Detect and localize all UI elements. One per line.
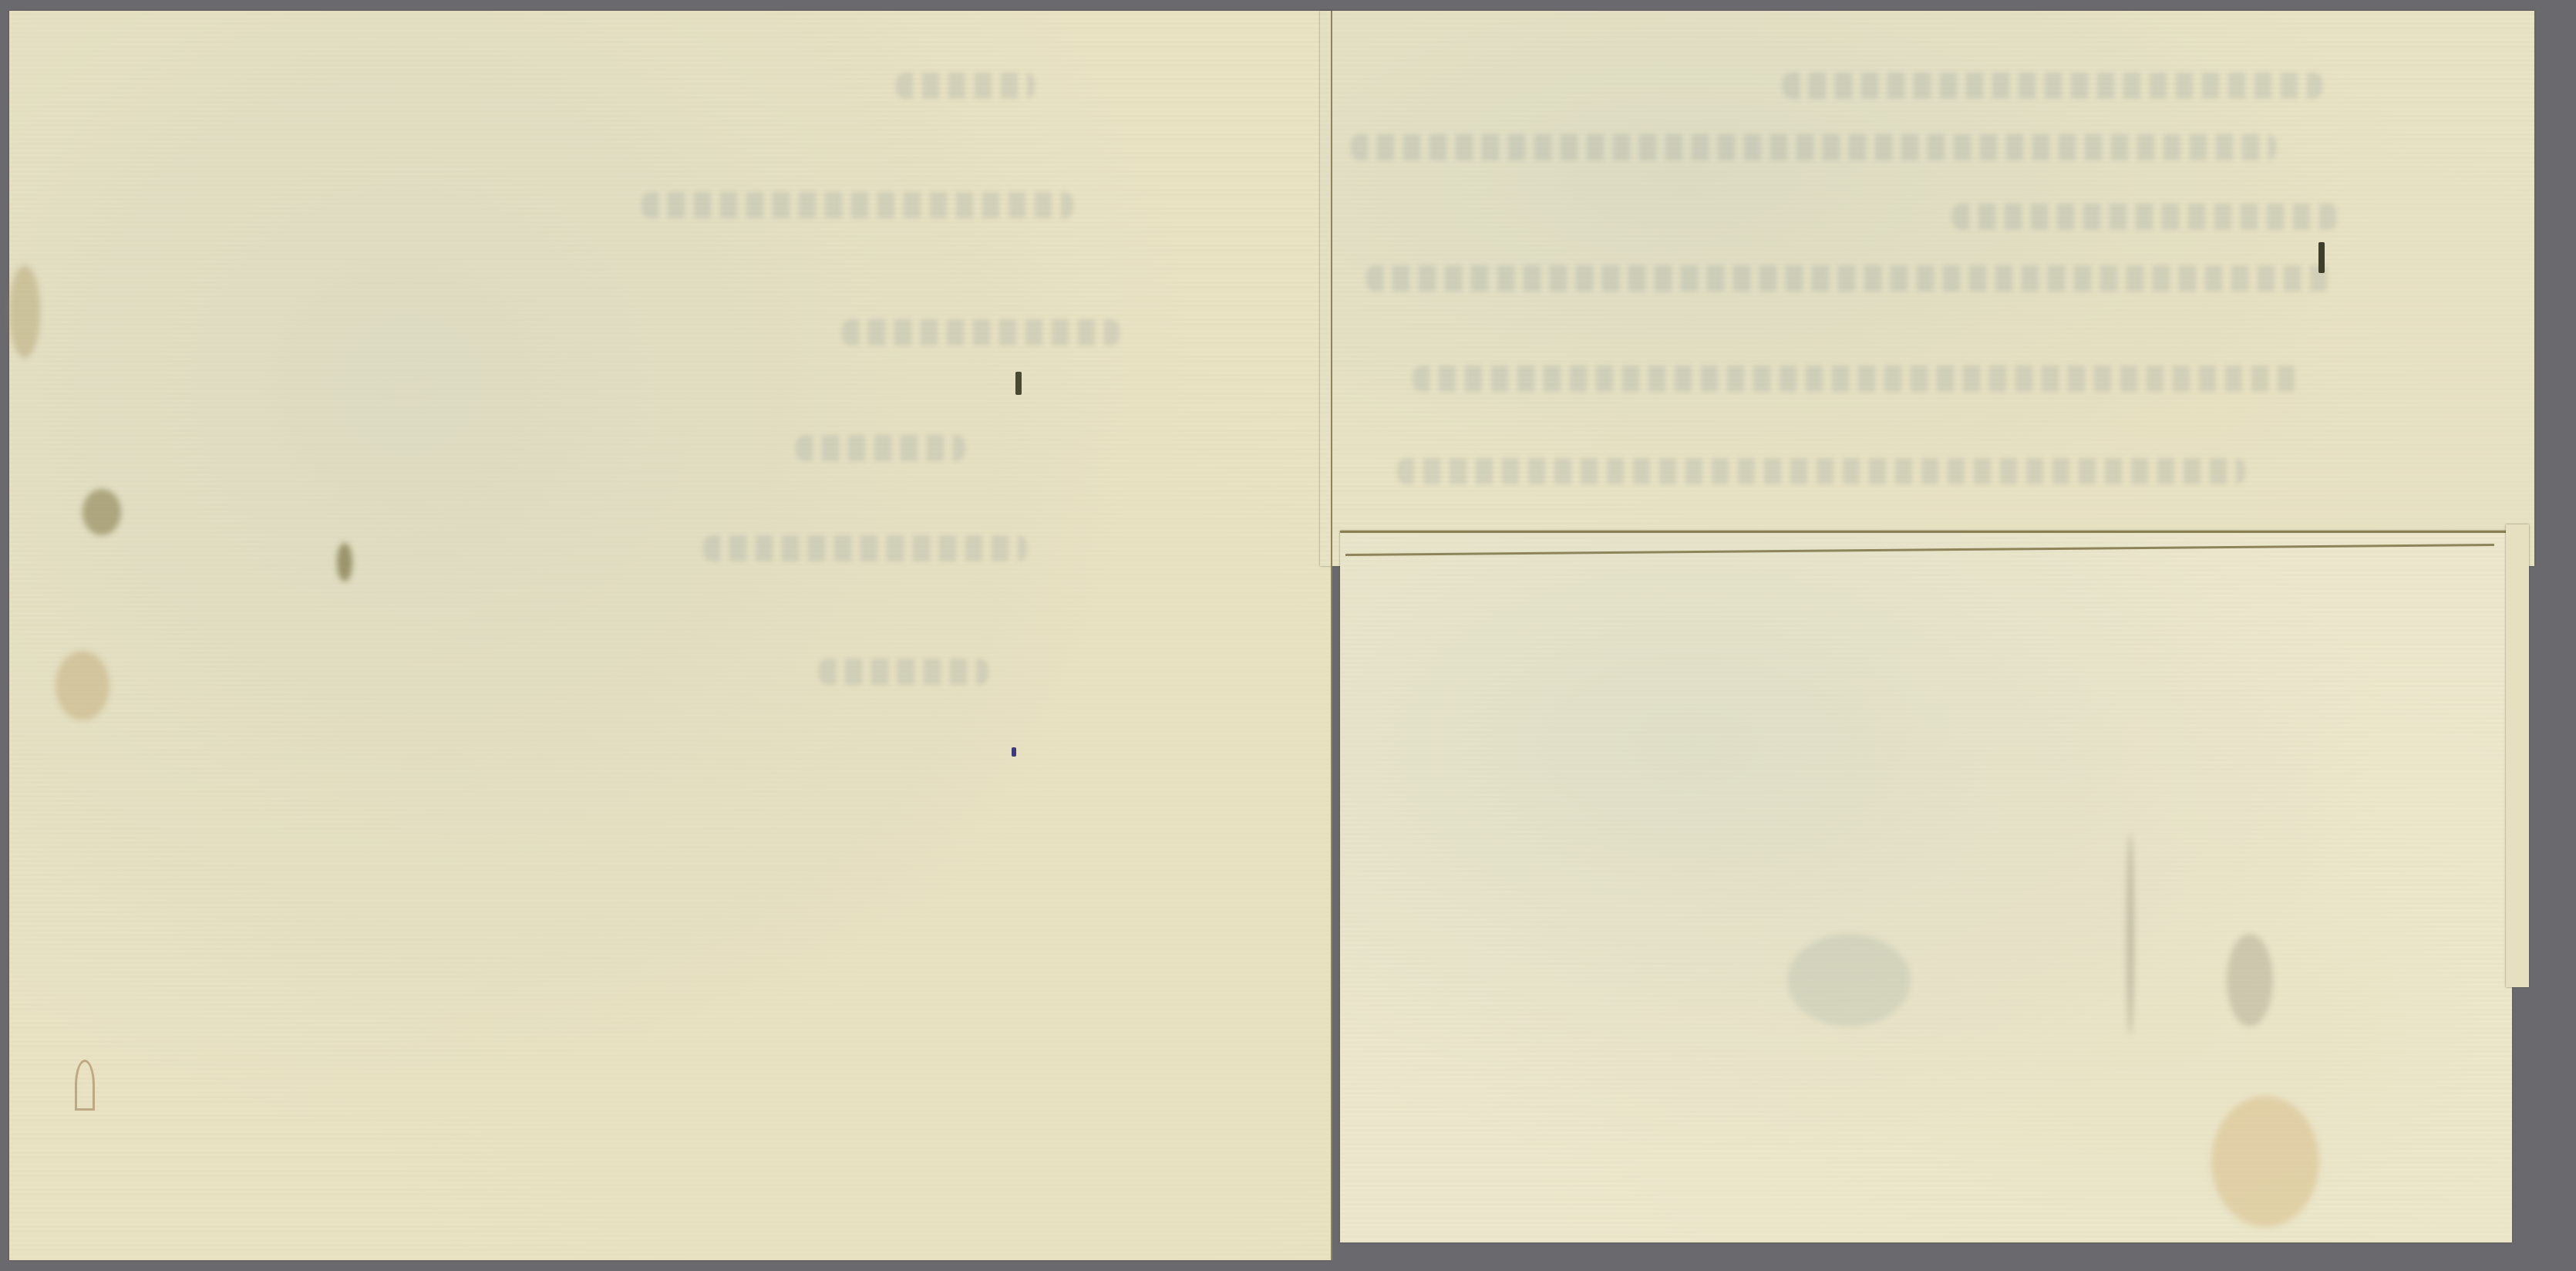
edge-stain (9, 265, 40, 358)
ink-mark (2318, 242, 2325, 273)
show-through-writing (896, 72, 1035, 99)
letter-right-bottom-flap (1340, 531, 2512, 1242)
faint-marking (2227, 934, 2273, 1027)
letter-left-panel (9, 11, 1331, 1260)
show-through-writing (641, 192, 1073, 218)
show-through-writing (1413, 366, 2299, 392)
pencil-mark (75, 1060, 95, 1111)
show-through-writing (703, 535, 1027, 561)
letter-edge-strip (2506, 524, 2529, 987)
blue-speck (1012, 747, 1016, 757)
show-through-writing (1351, 134, 2276, 160)
show-through-writing (819, 659, 988, 685)
show-through-writing (1397, 458, 2245, 484)
show-through-writing (1783, 72, 2322, 99)
foxing-stain (337, 543, 352, 582)
foxing-stain (82, 489, 121, 535)
show-through-writing (1952, 204, 2338, 230)
letter-right-top-panel (1320, 11, 2534, 566)
show-through-writing (1366, 265, 2330, 292)
grey-smudge (1787, 934, 1911, 1027)
vertical-fold-line (1331, 11, 1332, 1260)
ink-speck (1015, 372, 1022, 395)
show-through-writing (842, 319, 1120, 346)
show-through-writing (796, 435, 965, 461)
water-stain (2211, 1096, 2319, 1227)
foxing-stain (56, 651, 109, 720)
faint-marking (2126, 834, 2134, 1034)
